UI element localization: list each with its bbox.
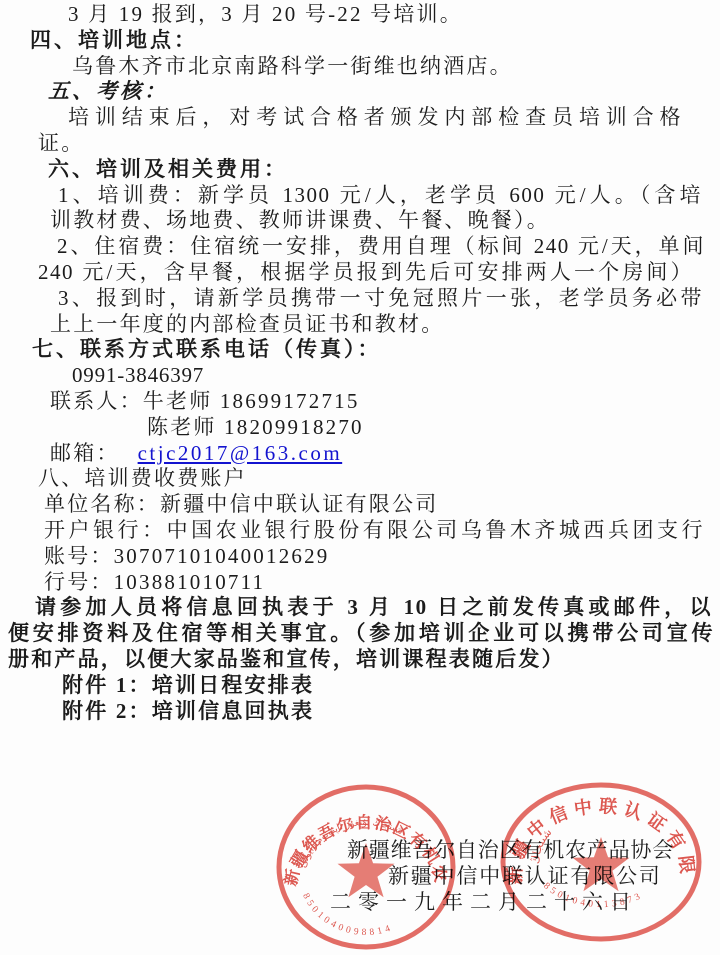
star-icon <box>573 837 630 891</box>
doc-line: 便安排资料及住宿等相关事宜。（参加培训企业可以携带公司宣传 <box>8 621 714 647</box>
document-page: 3 月 19 报到，3 月 20 号-22 号培训。 四、培训地点： 乌鲁木齐市… <box>0 0 720 955</box>
doc-line: 请参加人员将信息回执表于 3 月 10 日之前发传真或邮件，以 <box>35 595 712 621</box>
doc-line: 1、培训费：新学员 1300 元/人，老学员 600 元/人。（含培 <box>58 183 702 209</box>
star-icon <box>338 843 395 897</box>
doc-line: 训教材费、场地费、教师讲课费、午餐、晚餐）。 <box>50 208 720 234</box>
seal-code-text: 8501040113873 <box>541 881 645 910</box>
contact-person-1: 联系人：牛老师 18699172715 <box>50 389 720 415</box>
document-body: 3 月 19 报到，3 月 20 号-22 号培训。 四、培训地点： 乌鲁木齐市… <box>0 2 720 724</box>
section-heading-account: 八、培训费收费账户 <box>38 466 720 492</box>
bank-code: 行号：103881010711 <box>44 570 720 596</box>
attachment-2: 附件 2：培训信息回执表 <box>62 699 720 725</box>
doc-line: 培训结束后，对考试合格者颁发内部检查员培训合格 <box>68 105 682 131</box>
account-number: 账号：30707101040012629 <box>44 544 720 570</box>
svg-text:8501040113873: 8501040113873 <box>541 881 645 910</box>
section-heading-location: 四、培训地点： <box>30 28 720 54</box>
doc-line: 3 月 19 报到，3 月 20 号-22 号培训。 <box>68 2 720 28</box>
svg-text:شىنجاڭ ئۇيغۇر ئاپتونوم رايونى: شىنجاڭ ئۇيغۇر ئاپتونوم رايونى <box>298 816 404 869</box>
account-bank: 开户银行：中国农业银行股份有限公司乌鲁木齐城西兵团支行 <box>44 518 704 544</box>
email-line: 邮箱：ctjc2017@163.com <box>50 441 720 467</box>
fax-number: 0991-3846397 <box>72 363 720 389</box>
doc-line: 乌鲁木齐市北京南路科学一街维也纳酒店。 <box>72 54 720 80</box>
doc-line: 证。 <box>38 131 720 157</box>
red-seal-association: 新疆维吾尔自治区有机农产品协会 شىنجاڭ ئۇيغۇر ئاپتونوم ر… <box>272 781 460 953</box>
attachment-1: 附件 1：培训日程安排表 <box>62 673 720 699</box>
section-heading-fees: 六、培训及相关费用： <box>48 157 720 183</box>
doc-line: 上上一年度的内部检查员证书和教材。 <box>50 312 720 338</box>
doc-line: 2、住宿费：住宿统一安排，费用自理（标间 240 元/天，单间 <box>57 234 705 260</box>
section-heading-contact: 七、联系方式联系电话（传真）： <box>32 337 720 363</box>
red-seal-company: 新疆中信中联认证有限公司 شىنجاڭ 8501040113873 <box>497 779 707 947</box>
section-heading-assessment: 五、考核： <box>48 79 720 105</box>
account-company-name: 单位名称：新疆中信中联认证有限公司 <box>44 492 720 518</box>
email-link[interactable]: ctjc2017@163.com <box>138 441 343 465</box>
doc-line: 3、报到时，请新学员携带一寸免冠照片一张，老学员务必带 <box>58 286 703 312</box>
email-label: 邮箱： <box>50 441 120 465</box>
doc-line: 册和产品，以便大家品鉴和宣传，培训课程表随后发） <box>8 647 720 673</box>
seal-uyghur-script-text: شىنجاڭ ئۇيغۇر ئاپتونوم رايونى <box>298 816 404 869</box>
doc-line: 240 元/天，含早餐，根据学员报到先后可安排两人一个房间） <box>38 260 693 286</box>
contact-person-2: 陈老师 18209918270 <box>147 415 720 441</box>
